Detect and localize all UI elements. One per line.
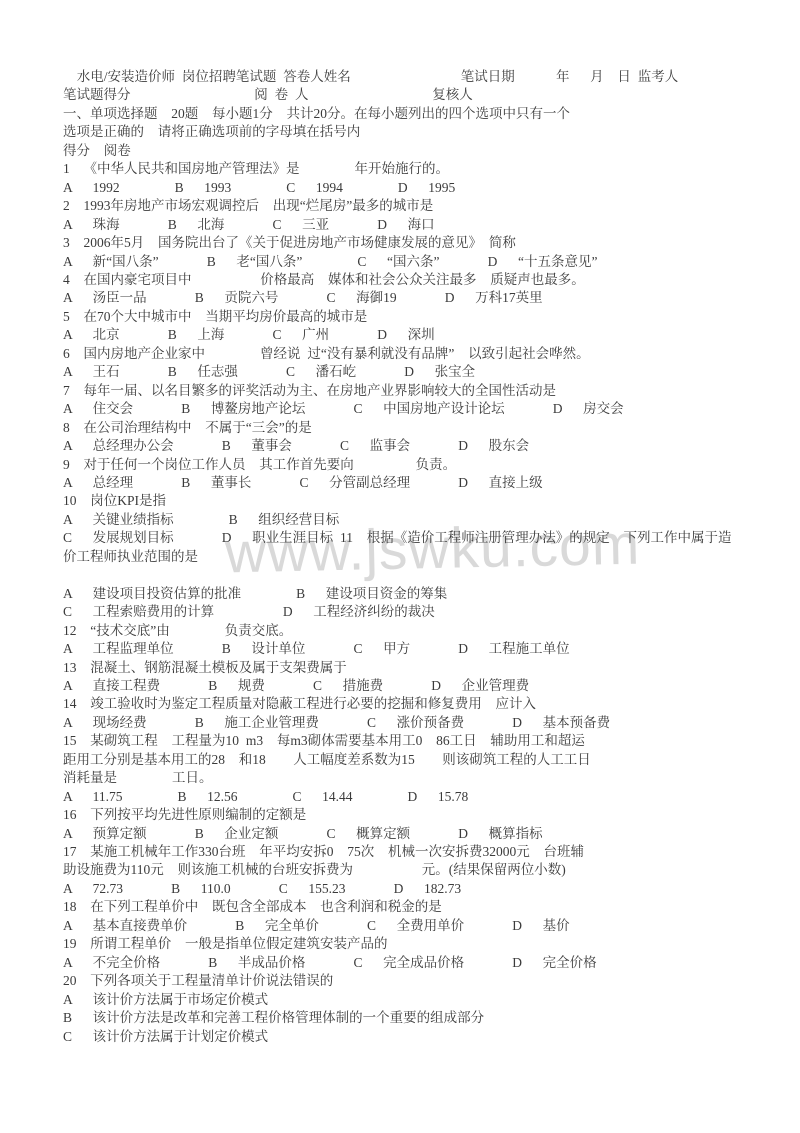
- document-line: 6 国内房地产企业家中 曾经说 过“没有暴利就没有品牌” 以致引起社会哗然。: [63, 345, 800, 363]
- document-line: 14 竣工验收时为鉴定工程质量对隐蔽工程进行必要的挖掘和修复费用 应计入: [63, 695, 800, 713]
- document-line: A 工程监理单位 B 设计单位 C 甲方 D 工程施工单位: [63, 640, 800, 658]
- document-line: 10 岗位KPI是指: [63, 492, 800, 510]
- document-line: C 工程索赔费用的计算 D 工程经济纠纷的裁决: [63, 603, 800, 621]
- document-line: 笔试题得分 阅 卷 人 复核人: [63, 86, 800, 104]
- document-line: 选项是正确的 请将正确选项前的字母填在括号内: [63, 123, 800, 141]
- document-line: 15 某砌筑工程 工程量为10 m3 每m3砌体需要基本用工0 86工日 辅助用…: [63, 732, 800, 750]
- document-line: A 新“国八条” B 老“国八条” C “国六条” D “十五条意见”: [63, 253, 800, 271]
- document-lines: 水电/安装造价师 岗位招聘笔试题 答卷人姓名 笔试日期 年 月 日 监考人笔试题…: [63, 68, 800, 1046]
- document-line: 4 在国内豪宅项目中 价格最高 媒体和社会公众关注最多 质疑声也最多。: [63, 271, 800, 289]
- document-line: 2 1993年房地产市场宏观调控后 出现“烂尾房”最多的城市是: [63, 197, 800, 215]
- document-line: A 1992 B 1993 C 1994 D 1995: [63, 179, 800, 197]
- document-line: A 11.75 B 12.56 C 14.44 D 15.78: [63, 788, 800, 806]
- scanned-exam-page: www.jswku.com 水电/安装造价师 岗位招聘笔试题 答卷人姓名 笔试日…: [0, 0, 800, 1133]
- document-line: A 住交会 B 博鳌房地产论坛 C 中国房地产设计论坛 D 房交会: [63, 400, 800, 418]
- document-line: A 王石 B 任志强 C 潘石屹 D 张宝全: [63, 363, 800, 381]
- document-line: A 建设项目投资估算的批准 B 建设项目资金的筹集: [63, 585, 800, 603]
- document-line: 距用工分别是基本用工的28 和18 人工幅度差系数为15 则该砌筑工程的人工工日: [63, 751, 800, 769]
- document-line: A 北京 B 上海 C 广州 D 深圳: [63, 326, 800, 344]
- document-line: 价工程师执业范围的是: [63, 548, 800, 566]
- document-line: C 发展规划目标 D 职业生涯目标 11 根据《造价工程师注册管理办法》的规定 …: [63, 529, 800, 547]
- document-line: 得分 阅卷: [63, 142, 800, 160]
- document-line: C 该计价方法属于计划定价模式: [63, 1028, 800, 1046]
- document-line: B 该计价方法是改革和完善工程价格管理体制的一个重要的组成部分: [63, 1009, 800, 1027]
- document-line: 1 《中华人民共和国房地产管理法》是 年开始施行的。: [63, 160, 800, 178]
- document-line: 水电/安装造价师 岗位招聘笔试题 答卷人姓名 笔试日期 年 月 日 监考人: [63, 68, 800, 86]
- document-line: 13 混凝土、钢筋混凝土模板及属于支架费属于: [63, 659, 800, 677]
- document-line: 助设施费为110元 则该施工机械的台班安拆费为 元。(结果保留两位小数): [63, 861, 800, 879]
- document-line: 消耗量是 工日。: [63, 769, 800, 787]
- document-line: A 72.73 B 110.0 C 155.23 D 182.73: [63, 880, 800, 898]
- document-line: A 该计价方法属于市场定价模式: [63, 991, 800, 1009]
- document-line: 5 在70个大中城市中 当期平均房价最高的城市是: [63, 308, 800, 326]
- document-line: A 直接工程费 B 规费 C 措施费 D 企业管理费: [63, 677, 800, 695]
- document-line: A 现场经费 B 施工企业管理费 C 涨价预备费 D 基本预备费: [63, 714, 800, 732]
- document-line: [63, 566, 800, 584]
- document-line: A 珠海 B 北海 C 三亚 D 海口: [63, 216, 800, 234]
- document-line: A 总经理 B 董事长 C 分管副总经理 D 直接上级: [63, 474, 800, 492]
- document-line: A 关键业绩指标 B 组织经营目标: [63, 511, 800, 529]
- document-line: 20 下列各项关于工程量清单计价说法错误的: [63, 972, 800, 990]
- document-line: 18 在下列工程单价中 既包含全部成本 也含利润和税金的是: [63, 898, 800, 916]
- document-line: 9 对于任何一个岗位工作人员 其工作首先要向 负责。: [63, 456, 800, 474]
- document-line: A 汤臣一品 B 贡院六号 C 海御19 D 万科17英里: [63, 289, 800, 307]
- document-line: 12 “技术交底”由 负责交底。: [63, 622, 800, 640]
- document-line: 7 每年一届、以名目繁多的评奖活动为主、在房地产业界影响较大的全国性活动是: [63, 382, 800, 400]
- document-line: 3 2006年5月 国务院出台了《关于促进房地产市场健康发展的意见》 简称: [63, 234, 800, 252]
- document-line: A 预算定额 B 企业定额 C 概算定额 D 概算指标: [63, 825, 800, 843]
- document-line: A 不完全价格 B 半成品价格 C 完全成品价格 D 完全价格: [63, 954, 800, 972]
- document-line: 8 在公司治理结构中 不属于“三会”的是: [63, 419, 800, 437]
- document-line: 16 下列按平均先进性原则编制的定额是: [63, 806, 800, 824]
- document-line: 一、单项选择题 20题 每小题1分 共计20分。在每小题列出的四个选项中只有一个: [63, 105, 800, 123]
- document-line: A 总经理办公会 B 董事会 C 监事会 D 股东会: [63, 437, 800, 455]
- document-line: 19 所谓工程单价 一般是指单位假定建筑安装产品的: [63, 935, 800, 953]
- document-line: A 基本直接费单价 B 完全单价 C 全费用单价 D 基价: [63, 917, 800, 935]
- document-line: 17 某施工机械年工作330台班 年平均安拆0 75次 机械一次安拆费32000…: [63, 843, 800, 861]
